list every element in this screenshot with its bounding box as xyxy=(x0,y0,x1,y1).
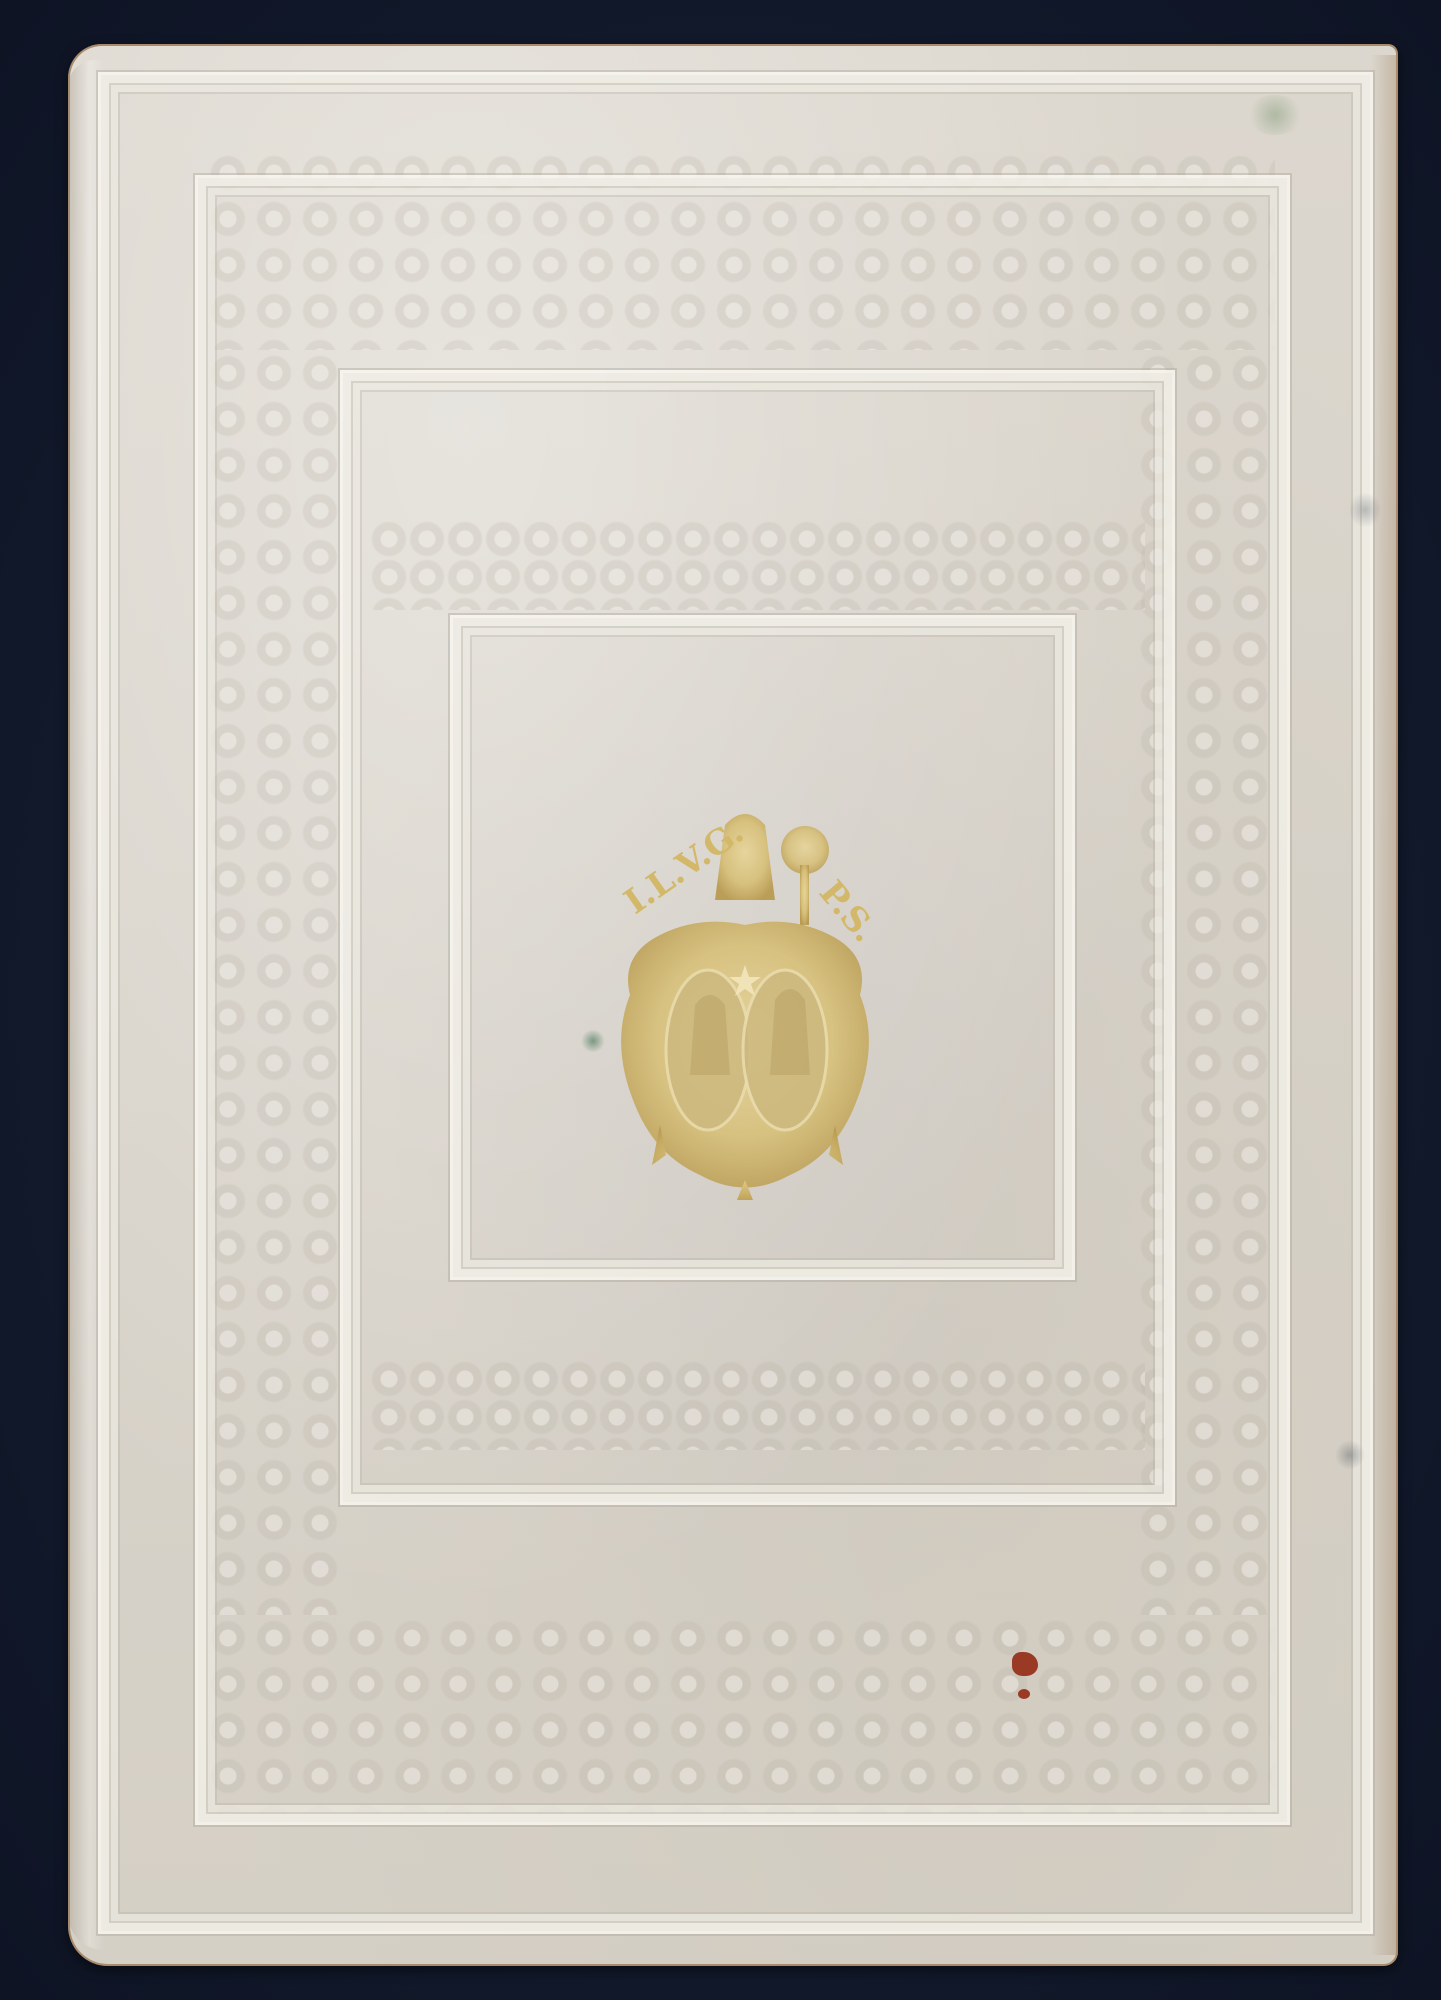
gilt-armorial-stamp: I.L.V.G. P.S. xyxy=(590,805,900,1205)
red-stain xyxy=(1012,1652,1038,1676)
grey-wear-right xyxy=(1335,1440,1365,1470)
green-stain-top-right xyxy=(1245,95,1305,135)
fore-edge xyxy=(1370,55,1398,1955)
inner-roll-top xyxy=(370,520,1145,610)
grey-wear-right-upper xyxy=(1350,490,1380,530)
inner-roll-bottom xyxy=(370,1360,1145,1450)
coat-of-arms-icon: I.L.V.G. P.S. xyxy=(590,805,900,1205)
green-stain-stamp xyxy=(580,1030,606,1052)
red-stain-small xyxy=(1018,1689,1030,1699)
